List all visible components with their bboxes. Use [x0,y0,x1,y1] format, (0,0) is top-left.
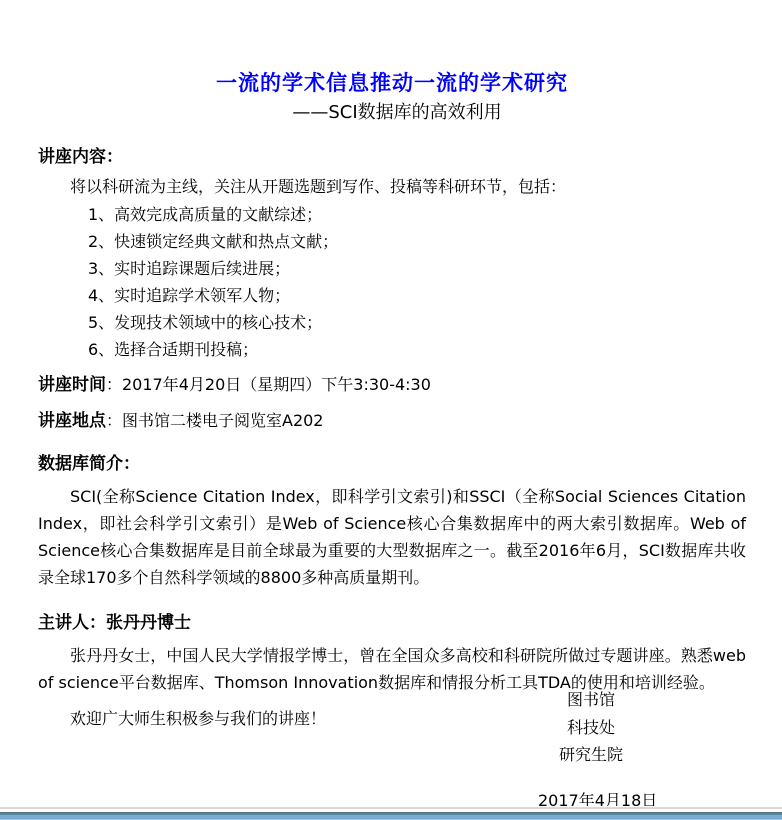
list-item: 2、快速锁定经典文献和热点文献； [38,232,746,252]
list-item: 4、实时追踪学术领军人物； [38,286,746,306]
lecture-place-label: 讲座地点 [38,411,106,431]
lecture-time-line: 讲座时间：2017年4月20日（星期四）下午3:30-4:30 [38,374,746,396]
lecture-topic-list: 1、高效完成高质量的文献综述； 2、快速锁定经典文献和热点文献； 3、实时追踪课… [38,205,746,360]
database-section-heading: 数据库简介： [38,453,746,475]
document-subtitle: ——SCI数据库的高效利用 [38,101,746,125]
list-item: 3、实时追踪课题后续进展； [38,259,746,279]
content-intro: 将以科研流为主线，关注从开题选题到写作、投稿等科研环节，包括： [38,176,746,198]
database-description: SCI(全称Science Citation Index，即科学引文索引)和SS… [38,483,746,591]
lecture-place-value: ：图书馆二楼电子阅览室A202 [106,411,324,430]
signature-line: 科技处 [528,714,654,742]
list-item: 1、高效完成高质量的文献综述； [38,205,746,225]
list-item: 6、选择合适期刊投稿； [38,340,746,360]
lecture-time-label: 讲座时间 [38,375,106,395]
signature-line: 图书馆 [528,686,654,714]
list-item: 5、发现技术领域中的核心技术； [38,313,746,333]
lecture-place-line: 讲座地点：图书馆二楼电子阅览室A202 [38,410,746,432]
document-title: 一流的学术信息推动一流的学术研究 [38,70,746,96]
window-bottom-border [0,806,782,820]
signature-line: 研究生院 [528,741,654,769]
signature-block: 图书馆 科技处 研究生院 [528,686,654,769]
lecture-time-value: ：2017年4月20日（星期四）下午3:30-4:30 [106,375,431,394]
document-page: 一流的学术信息推动一流的学术研究 ——SCI数据库的高效利用 讲座内容： 将以科… [0,0,782,730]
content-section-heading: 讲座内容： [38,146,746,168]
speaker-section-heading: 主讲人：张丹丹博士 [38,612,746,634]
